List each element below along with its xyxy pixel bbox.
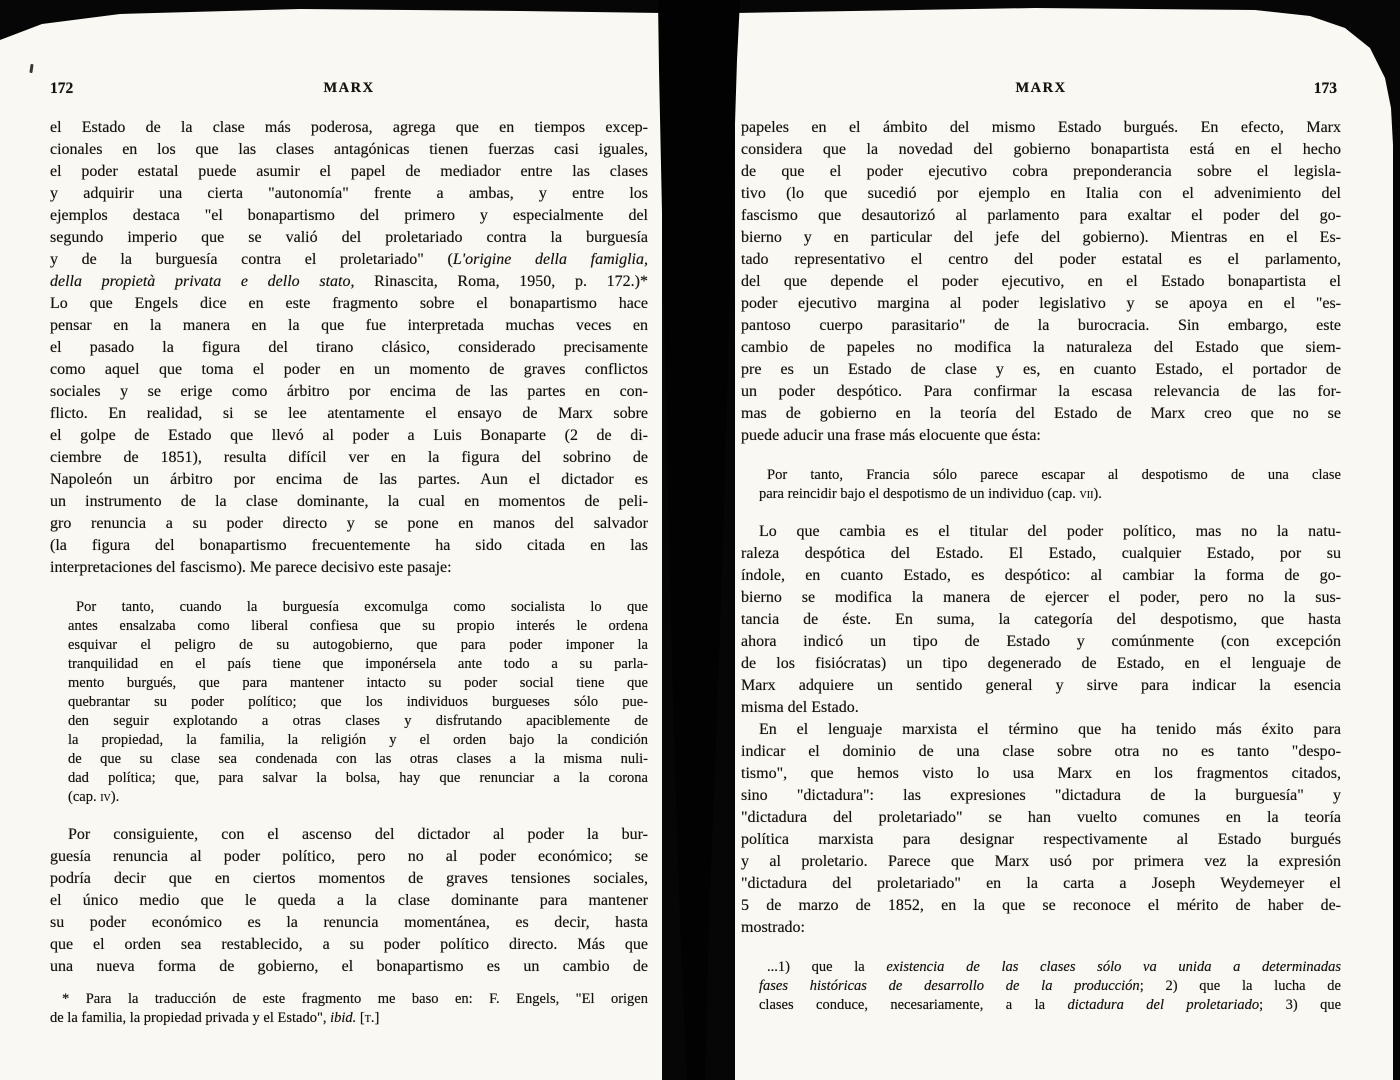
text-run: Napoleón un árbitro por encima de las pa… — [50, 471, 648, 488]
text-line: esquivar el peligro de su autogobierno, … — [68, 636, 648, 655]
text-line: que el orden sea restablecido, a su pode… — [50, 934, 648, 956]
text-line: den seguir explotando a otras clases y d… — [68, 712, 648, 731]
text-line: antes ensalzaba como liberal confiesa qu… — [68, 617, 648, 636]
text-run: * Para la traducción de este fragmento m… — [62, 991, 648, 1007]
text-line: pensar en la manera en la que fue interp… — [50, 315, 648, 337]
text-line: el Estado de la clase más poderosa, agre… — [50, 117, 648, 139]
text-run: y adquirir una cierta "autonomía" frente… — [50, 185, 648, 202]
text-run: antes ensalzaba como liberal confiesa qu… — [68, 618, 648, 634]
text-run: esquivar el peligro de su autogobierno, … — [68, 637, 648, 653]
text-run: misma del Estado. — [741, 699, 859, 716]
text-run: papeles en el ámbito del mismo Estado bu… — [741, 119, 1341, 136]
text-run: tranquilidad en el país tiene que imponé… — [68, 656, 648, 672]
footnote: * Para la traducción de este fragmento m… — [50, 990, 648, 1028]
text-line: y adquirir una cierta "autonomía" frente… — [50, 183, 648, 205]
paragraph: el Estado de la clase más poderosa, agre… — [50, 117, 648, 579]
text-run: 5 de marzo de 1852, en la que se reconoc… — [741, 897, 1341, 914]
text-line: papeles en el ámbito del mismo Estado bu… — [741, 117, 1341, 139]
text-line: para reincidir bajo el despotismo de un … — [759, 485, 1341, 504]
text-line: bierno se modifica la manera de ejercer … — [741, 587, 1341, 609]
paragraph: En el lenguaje marxista el término que h… — [741, 719, 1341, 939]
text-run: pensar en la manera en la que fue interp… — [50, 317, 648, 334]
text-run: tivo (lo que sucedió por ejemplo en Ital… — [741, 185, 1341, 202]
text-run: como aquel que toma el poder en un momen… — [50, 361, 648, 378]
running-header-right: MARX — [741, 80, 1341, 97]
text-run: considera que la novedad del gobierno bo… — [741, 141, 1341, 158]
text-run: el poder estatal puede asumir el papel d… — [50, 163, 648, 180]
text-line: su poder económico es la renuncia moment… — [50, 912, 648, 934]
text-line: sociales y se erige como árbitro por enc… — [50, 381, 648, 403]
text-run: (cap. — [68, 789, 100, 805]
text-line: interpretaciones del fascismo). Me parec… — [50, 557, 648, 579]
text-line: y al proletario. Parece que Marx usó por… — [741, 851, 1341, 873]
text-run: guesía renuncia al poder político, pero … — [50, 848, 648, 865]
text-line: sino "dictadura": las expresiones "dicta… — [741, 785, 1341, 807]
text-line: Lo que cambia es el titular del poder po… — [741, 521, 1341, 543]
text-line: el único medio que le queda a la clase d… — [50, 890, 648, 912]
text-run: el golpe de Estado que llevó al poder a … — [50, 427, 648, 444]
text-run: mento burgués, que para mantener intacto… — [68, 675, 648, 691]
text-run: su poder económico es la renuncia moment… — [50, 914, 648, 931]
text-run: pantoso cuerpo parasitario" de la burocr… — [741, 317, 1341, 334]
text-line: "dictadura del proletariado" en la carta… — [741, 873, 1341, 895]
text-line: fascismo que desautorizó al parlamento p… — [741, 205, 1341, 227]
text-run: mostrado: — [741, 919, 805, 936]
text-run: (la figura del bonapartismo frecuentemen… — [50, 537, 648, 554]
text-run: sino "dictadura": las expresiones "dicta… — [741, 787, 1341, 804]
text-line: mas de gobierno en la teoría del Estado … — [741, 403, 1341, 425]
text-line: En el lenguaje marxista el término que h… — [741, 719, 1341, 741]
text-run-sc: vii — [1080, 486, 1094, 502]
text-run: segundo imperio que se valió del proleta… — [50, 229, 648, 246]
text-run: tancia de éste. En suma, la categoría de… — [741, 611, 1341, 628]
quote: Por tanto, cuando la burguesía excomulga… — [68, 598, 648, 807]
text-run: indicar el dominio de una clase sobre ot… — [741, 743, 1341, 760]
text-line: tancia de éste. En suma, la categoría de… — [741, 609, 1341, 631]
text-run: den seguir explotando a otras clases y d… — [68, 713, 648, 729]
text-line: de que su clase sea condenada con las ot… — [68, 750, 648, 769]
text-line: * Para la traducción de este fragmento m… — [50, 990, 648, 1009]
page-header-right: MARX 173 — [741, 80, 1341, 100]
text-line: Por tanto, cuando la burguesía excomulga… — [68, 598, 648, 617]
text-run: tado representativo el centro del poder … — [741, 251, 1341, 268]
paragraph: Lo que cambia es el titular del poder po… — [741, 521, 1341, 719]
text-line: pre es un Estado de clase y es, en cuant… — [741, 359, 1341, 381]
text-line: 5 de marzo de 1852, en la que se reconoc… — [741, 895, 1341, 917]
text-run: una nueva forma de gobierno, el bonapart… — [50, 958, 648, 975]
text-run: interpretaciones del fascismo). Me parec… — [50, 559, 452, 576]
text-line: considera que la novedad del gobierno bo… — [741, 139, 1341, 161]
text-run: quebrantar su poder político; que los in… — [68, 694, 648, 710]
text-line: política marxista para designar respecti… — [741, 829, 1341, 851]
text-line: como aquel que toma el poder en un momen… — [50, 359, 648, 381]
text-line: de que el poder ejecutivo cobra preponde… — [741, 161, 1341, 183]
text-line: dad política; que, para salvar la bolsa,… — [68, 769, 648, 788]
text-run: poder ejecutivo margina al poder legisla… — [741, 295, 1341, 312]
text-run: Lo que Engels dice en este fragmento sob… — [50, 295, 648, 312]
text-run-sc: iv — [100, 789, 111, 805]
text-run: , Rinascita, Roma, 1950, p. 172.)* — [350, 273, 648, 290]
text-line: Por consiguiente, con el ascenso del dic… — [50, 824, 648, 846]
text-run: "dictadura del proletariado" en la carta… — [741, 875, 1341, 892]
text-line: ...1) que la existencia de las clases só… — [759, 958, 1341, 977]
text-line: guesía renuncia al poder político, pero … — [50, 846, 648, 868]
text-run: y al proletario. Parece que Marx usó por… — [741, 853, 1341, 870]
text-run: gro renuncia a su poder directo y se pon… — [50, 515, 648, 532]
text-line: quebrantar su poder político; que los in… — [68, 693, 648, 712]
running-header-left: MARX — [50, 80, 648, 97]
text-run: un poder despótico. Para confirmar la es… — [741, 383, 1341, 400]
text-line: tado representativo el centro del poder … — [741, 249, 1341, 271]
text-run: ). — [111, 789, 119, 805]
text-run: ; 2) que la lucha de — [1140, 978, 1341, 994]
text-run: raleza despótica del Estado. El Estado, … — [741, 545, 1341, 562]
text-run-i: L'origine della famiglia, — [453, 251, 648, 268]
text-run: "dictadura del proletariado" se han vuel… — [741, 809, 1341, 826]
text-run: bierno y en particular del jefe del gobi… — [741, 229, 1341, 246]
text-run: tismo", que hemos visto lo usa Marx en l… — [741, 765, 1341, 782]
text-run: cionales en los que las clases antagónic… — [50, 141, 648, 158]
text-line: tivo (lo que sucedió por ejemplo en Ital… — [741, 183, 1341, 205]
text-line: de los fisiócratas) un tipo degenerado d… — [741, 653, 1341, 675]
paragraph: papeles en el ámbito del mismo Estado bu… — [741, 117, 1341, 447]
text-run: Marx adquiere un sentido general y sirve… — [741, 677, 1341, 694]
text-run: mas de gobierno en la teoría del Estado … — [741, 405, 1341, 422]
book-scan-spread: 172 MARX el Estado de la clase más poder… — [0, 0, 1400, 1080]
text-line: el golpe de Estado que llevó al poder a … — [50, 425, 648, 447]
text-line: el pasado la figura del tirano clásico, … — [50, 337, 648, 359]
text-line: mento burgués, que para mantener intacto… — [68, 674, 648, 693]
text-line: tranquilidad en el país tiene que imponé… — [68, 655, 648, 674]
text-run: puede aducir una frase más elocuente que… — [741, 427, 1041, 444]
text-run-i: della propietà privata e dello stato — [50, 273, 350, 290]
text-run: flicto. En realidad, si se lee atentamen… — [50, 405, 648, 422]
text-run: de los fisiócratas) un tipo degenerado d… — [741, 655, 1341, 672]
text-run: cambio de papeles no modifica la natural… — [741, 339, 1341, 356]
text-line: de la familia, la propiedad privada y el… — [50, 1009, 648, 1028]
text-line: y de la burguesía contra el proletariado… — [50, 249, 648, 271]
text-line: (cap. iv). — [68, 788, 648, 807]
text-run: ciembre de 1851), resulta difícil ver en… — [50, 449, 648, 466]
text-run: clases conduce, necesariamente, a la — [759, 997, 1067, 1013]
text-run: ] — [375, 1010, 380, 1026]
text-run: el único medio que le queda a la clase d… — [50, 892, 648, 909]
text-run: sociales y se erige como árbitro por enc… — [50, 383, 648, 400]
text-line: (la figura del bonapartismo frecuentemen… — [50, 535, 648, 557]
text-run: Por consiguiente, con el ascenso del dic… — [68, 826, 648, 843]
text-line: Lo que Engels dice en este fragmento sob… — [50, 293, 648, 315]
text-run: y de la burguesía contra el proletariado… — [50, 251, 453, 268]
page-173: MARX 173 papeles en el ámbito del mismo … — [735, 0, 1393, 1080]
text-line: puede aducir una frase más elocuente que… — [741, 425, 1341, 447]
text-run: para reincidir bajo el despotismo de un … — [759, 486, 1080, 502]
text-run: ejemplos destaca "el bonapartismo del pr… — [50, 207, 648, 224]
text-line: ciembre de 1851), resulta difícil ver en… — [50, 447, 648, 469]
text-run: de la familia, la propiedad privada y el… — [50, 1010, 330, 1026]
text-line: Napoleón un árbitro por encima de las pa… — [50, 469, 648, 491]
text-run: ; 3) que — [1259, 997, 1341, 1013]
text-line: la propiedad, la familia, la religión y … — [68, 731, 648, 750]
text-line: Marx adquiere un sentido general y sirve… — [741, 675, 1341, 697]
page-text-column-right: papeles en el ámbito del mismo Estado bu… — [741, 117, 1341, 1032]
text-run: política marxista para designar respecti… — [741, 831, 1341, 848]
text-run: ). — [1093, 486, 1101, 502]
text-run: del que depende el poder ejecutivo, en e… — [741, 273, 1341, 290]
text-run-i: ibid. — [330, 1010, 356, 1026]
text-line: bierno y en particular del jefe del gobi… — [741, 227, 1341, 249]
text-line: una nueva forma de gobierno, el bonapart… — [50, 956, 648, 978]
text-line: podría decir que en ciertos momentos de … — [50, 868, 648, 890]
text-run: dad política; que, para salvar la bolsa,… — [68, 770, 648, 786]
text-line: clases conduce, necesariamente, a la dic… — [759, 996, 1341, 1015]
page-172: 172 MARX el Estado de la clase más poder… — [0, 0, 662, 1080]
text-line: "dictadura del proletariado" se han vuel… — [741, 807, 1341, 829]
text-run-sc: t. — [365, 1010, 375, 1026]
text-run: fascismo que desautorizó al parlamento p… — [741, 207, 1341, 224]
text-line: ahora indicó un tipo de Estado y comúnme… — [741, 631, 1341, 653]
text-line: flicto. En realidad, si se lee atentamen… — [50, 403, 648, 425]
text-line: un poder despótico. Para confirmar la es… — [741, 381, 1341, 403]
text-line: Por tanto, Francia sólo parece escapar a… — [759, 466, 1341, 485]
text-run: el pasado la figura del tirano clásico, … — [50, 339, 648, 356]
text-line: della propietà privata e dello stato, Ri… — [50, 271, 648, 293]
text-run: podría decir que en ciertos momentos de … — [50, 870, 648, 887]
page-text-column-left: el Estado de la clase más poderosa, agre… — [50, 117, 648, 1028]
text-run: [ — [356, 1010, 364, 1026]
text-line: cambio de papeles no modifica la natural… — [741, 337, 1341, 359]
text-run: Por tanto, cuando la burguesía excomulga… — [76, 599, 648, 615]
text-run: de que el poder ejecutivo cobra preponde… — [741, 163, 1341, 180]
text-run: la propiedad, la familia, la religión y … — [68, 732, 648, 748]
text-run-i: existencia de las clases sólo va unida a… — [886, 959, 1341, 975]
text-run: que el orden sea restablecido, a su pode… — [50, 936, 648, 953]
text-line: gro renuncia a su poder directo y se pon… — [50, 513, 648, 535]
text-run: índole, en cuanto Estado, es despótico: … — [741, 567, 1341, 584]
text-line: indicar el dominio de una clase sobre ot… — [741, 741, 1341, 763]
text-line: fases históricas de desarrollo de la pro… — [759, 977, 1341, 996]
text-line: segundo imperio que se valió del proleta… — [50, 227, 648, 249]
text-line: tismo", que hemos visto lo usa Marx en l… — [741, 763, 1341, 785]
text-line: pantoso cuerpo parasitario" de la burocr… — [741, 315, 1341, 337]
text-run: pre es un Estado de clase y es, en cuant… — [741, 361, 1341, 378]
paragraph: Por consiguiente, con el ascenso del dic… — [50, 824, 648, 978]
page-number-right: 173 — [1314, 80, 1337, 98]
text-line: misma del Estado. — [741, 697, 1341, 719]
quote: ...1) que la existencia de las clases só… — [759, 958, 1341, 1015]
text-line: poder ejecutivo margina al poder legisla… — [741, 293, 1341, 315]
text-line: ejemplos destaca "el bonapartismo del pr… — [50, 205, 648, 227]
book-gutter-shadow — [652, 0, 744, 1080]
text-run: ahora indicó un tipo de Estado y comúnme… — [741, 633, 1341, 650]
text-run: En el lenguaje marxista el término que h… — [759, 721, 1341, 738]
text-run-i: dictadura del proletariado — [1067, 997, 1259, 1013]
text-run: bierno se modifica la manera de ejercer … — [741, 589, 1341, 606]
page-header-left: 172 MARX — [50, 80, 648, 100]
text-run: el Estado de la clase más poderosa, agre… — [50, 119, 648, 136]
text-run: Lo que cambia es el titular del poder po… — [759, 523, 1341, 540]
text-line: índole, en cuanto Estado, es despótico: … — [741, 565, 1341, 587]
text-line: cionales en los que las clases antagónic… — [50, 139, 648, 161]
text-run: ...1) que la — [767, 959, 886, 975]
quote: Por tanto, Francia sólo parece escapar a… — [759, 466, 1341, 504]
text-run-i: fases históricas de desarrollo de la pro… — [759, 978, 1140, 994]
text-line: del que depende el poder ejecutivo, en e… — [741, 271, 1341, 293]
text-line: un instrumento de la clase dominante, la… — [50, 491, 648, 513]
text-run: Por tanto, Francia sólo parece escapar a… — [767, 467, 1341, 483]
text-line: mostrado: — [741, 917, 1341, 939]
text-run: un instrumento de la clase dominante, la… — [50, 493, 648, 510]
text-line: el poder estatal puede asumir el papel d… — [50, 161, 648, 183]
text-line: raleza despótica del Estado. El Estado, … — [741, 543, 1341, 565]
text-run: de que su clase sea condenada con las ot… — [68, 751, 648, 767]
